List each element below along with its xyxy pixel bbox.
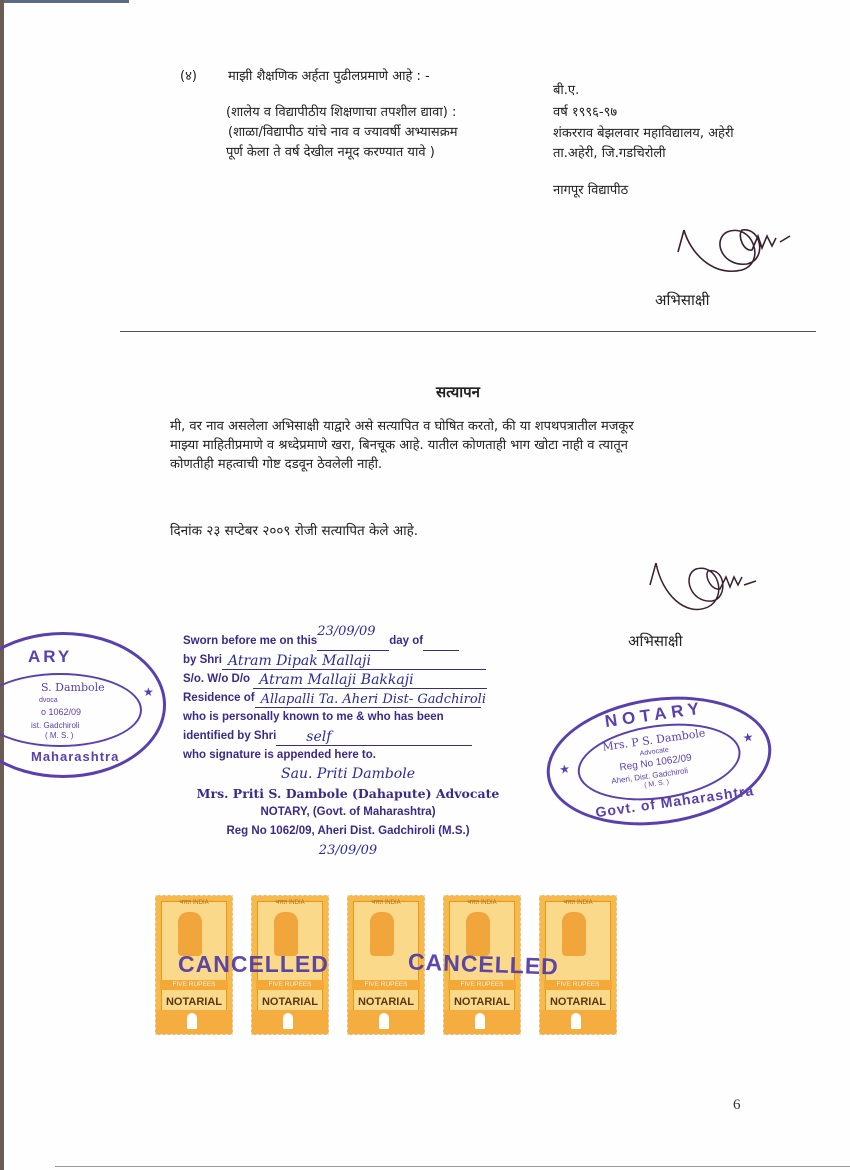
notary-seal: NOTARY ★ ★ Mrs. P S. Dambole Advocate Re… [538,683,779,839]
verification-line-1: मी, वर नाव असलेला अभिसाक्षी याद्वारे असे… [170,418,634,436]
emblem-cutout-icon [475,1013,485,1029]
verification-line-2: माझ्या माहितीप्रमाणे व श्रध्देप्रमाणे खर… [170,437,628,455]
cancelled-mark-1: CANCELLED [178,951,329,978]
emblem-icon [562,912,586,956]
university: नागपूर विद्यापीठ [553,182,628,200]
registration-line: Reg No 1062/09, Aheri Dist. Gadchiroli (… [183,822,513,841]
witness-signature-1 [672,212,822,282]
item-number: (४) [180,68,197,86]
emblem-icon [178,912,202,956]
sworn-date: 23/09/09 [317,622,375,641]
page-number: 6 [733,1097,741,1114]
sworn-line: Sworn before me on this23/09/09day of [183,632,513,651]
witness-label-2: अभिसाक्षी [628,632,683,650]
relation-line: S/o. W/o D/o Atram Mallaji Bakkaji [183,670,513,689]
year: वर्ष १९९६-९७ [553,104,617,122]
witness-signature-2 [646,555,786,625]
emblem-cutout-icon [571,1013,581,1029]
cancelled-mark-2: CANCELLED [408,948,560,980]
star-icon: ★ [143,685,154,699]
emblem-cutout-icon [187,1013,197,1029]
notary-seal-partial: ARY S. Dambole dvoca o 1062/09 ist. Gadc… [0,632,166,778]
emblem-icon [466,912,490,956]
college: शंकरराव बेझलवार महाविद्यालय, अहेरी [553,125,734,143]
document-page: (४) माझी शैक्षणिक अर्हता पुढीलप्रमाणे आह… [0,0,850,1170]
star-icon: ★ [558,762,571,777]
verification-title: सत्यापन [436,383,480,401]
section-divider [120,331,816,332]
star-icon: ★ [742,730,755,745]
advocate-name: Mrs. Priti S. Dambole (Dahapute) Advocat… [183,784,513,803]
parent-name: Atram Mallaji Bakkaji [259,671,413,690]
identifier-value: self [306,728,331,747]
notary-attestation: Sworn before me on this23/09/09day of by… [183,632,513,860]
handwritten-date: 23/09/09 [183,841,513,860]
known-line: who is personally known to me & who has … [183,708,513,727]
notary-signature: Sau. Priti Dambole [183,765,513,784]
college-location: ता.अहेरी, जि.गडचिरोली [553,145,666,163]
education-prompt: माझी शैक्षणिक अर्हता पुढीलप्रमाणे आहे : … [228,68,430,86]
emblem-icon [274,912,298,956]
verification-line-3: कोणतीही महत्वाची गोष्ट दडवून ठेवलेली नाह… [170,456,382,474]
by-shri-line: by ShriAtram Dipak Mallaji [183,651,513,670]
scan-edge-top [4,0,129,3]
emblem-icon [370,912,394,956]
appended-line: who signature is appended here to. [183,746,513,765]
residence-value: Allapalli Ta. Aheri Dist- Gadchiroli [261,690,486,709]
education-instruction-3: पूर्ण केला ते वर्ष देखील नमूद करण्यात या… [226,144,435,162]
deponent-name: Atram Dipak Mallaji [228,652,371,671]
verification-date: दिनांक २३ सप्टेबर २००९ रोजी सत्यापित केल… [170,522,418,540]
emblem-cutout-icon [283,1013,293,1029]
scan-edge-bottom [55,1166,850,1167]
notarial-stamps: भारत INDIA FIVE RUPEES NOTARIAL भारत IND… [150,895,630,1040]
scan-edge [0,0,4,1170]
residence-line: Residence ofAllapalli Ta. Aheri Dist- Ga… [183,689,513,708]
witness-label-1: अभिसाक्षी [655,291,710,309]
notary-title: NOTARY, (Govt. of Maharashtra) [183,803,513,822]
identified-line: identified by Shriself [183,727,513,746]
emblem-cutout-icon [379,1013,389,1029]
education-instruction-2: (शाळा/विद्यापीठ यांचे नाव व ज्यावर्षी अभ… [228,124,457,142]
education-instruction-1: (शालेय व विद्यापीठीय शिक्षणाचा तपशील द्य… [226,104,456,122]
degree: बी.ए. [553,82,579,100]
